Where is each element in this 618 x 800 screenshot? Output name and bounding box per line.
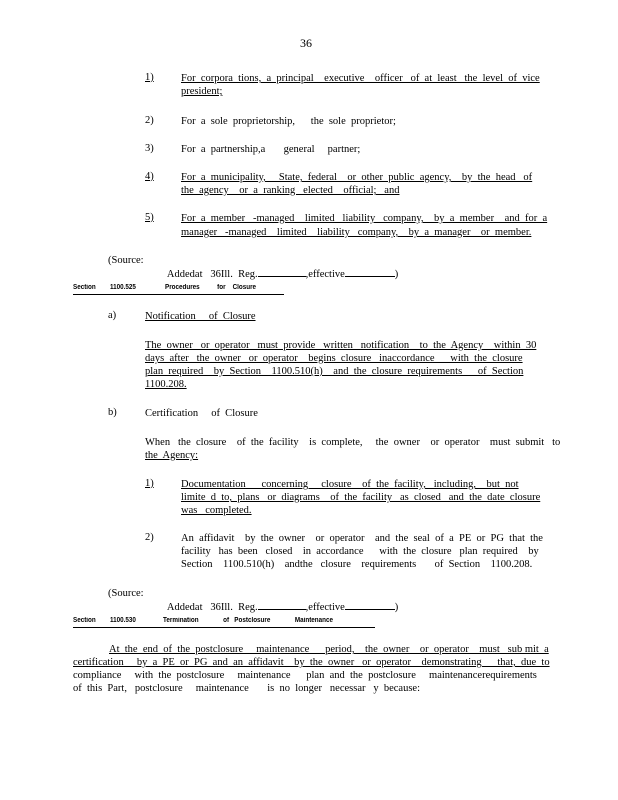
list-item-text: Documentation concerning closure of the … bbox=[181, 478, 519, 491]
paragraph-line: At the end of the postclosure maintenanc… bbox=[109, 643, 549, 656]
section-label: Section bbox=[73, 284, 96, 291]
subsection-marker: b) bbox=[108, 407, 117, 418]
source-close: ) bbox=[395, 602, 399, 613]
page-number: 36 bbox=[300, 36, 312, 51]
effective-date-blank bbox=[345, 266, 395, 277]
source-effective: ,effective bbox=[306, 269, 345, 280]
list-item-number: 1) bbox=[145, 478, 154, 489]
list-item-text: Section 1100.510(h) andthe closure requi… bbox=[181, 558, 532, 571]
source-close: ) bbox=[395, 269, 399, 280]
section-title: Procedures for Closure bbox=[165, 284, 256, 291]
list-item-number: 5) bbox=[145, 212, 154, 223]
paragraph-line: The owner or operator must provide writt… bbox=[145, 339, 536, 352]
source-citation: Addedat 36Ill. Reg. bbox=[167, 269, 258, 280]
paragraph-line: When the closure of the facility is comp… bbox=[145, 436, 560, 449]
source-effective: ,effective bbox=[306, 602, 345, 613]
list-item-number: 1) bbox=[145, 72, 154, 83]
subsection-heading: Notification of Closure bbox=[145, 310, 256, 323]
subsection-heading: Certification of Closure bbox=[145, 407, 258, 420]
section-number: 1100.530 bbox=[110, 617, 136, 624]
paragraph-line: plan required by Section 1100.510(h) and… bbox=[145, 365, 523, 378]
paragraph-line: the Agency: bbox=[145, 449, 198, 462]
section-label: Section bbox=[73, 617, 96, 624]
paragraph-line: of this Part, postclosure maintenance is… bbox=[73, 682, 420, 695]
section-number: 1100.525 bbox=[110, 284, 136, 291]
paragraph-line: certification by a PE or PG and an affid… bbox=[73, 656, 550, 669]
list-item-text: For corpora tions, a principal executive… bbox=[181, 72, 540, 85]
list-item-number: 2) bbox=[145, 115, 154, 126]
section-heading-rule bbox=[73, 294, 284, 295]
subsection-marker: a) bbox=[108, 310, 116, 321]
paragraph-line: 1100.208. bbox=[145, 378, 187, 391]
source-prefix: (Source: bbox=[108, 255, 144, 266]
paragraph-line: days after the owner or operator begins … bbox=[145, 352, 523, 365]
list-item-number: 4) bbox=[145, 171, 154, 182]
list-item-text: president; bbox=[181, 85, 222, 98]
list-item-text: the agency or a ranking elected official… bbox=[181, 184, 399, 197]
list-item-number: 3) bbox=[145, 143, 154, 154]
list-item-text: For a municipality, State, federal or ot… bbox=[181, 171, 532, 184]
section-title: Termination of Postclosure Maintenance bbox=[163, 617, 333, 624]
list-item-text: was completed. bbox=[181, 504, 252, 517]
paragraph-line: compliance with the postclosure maintena… bbox=[73, 669, 537, 682]
list-item-text: For a sole proprietorship, the sole prop… bbox=[181, 115, 396, 128]
register-blank bbox=[258, 266, 306, 277]
list-item-number: 2) bbox=[145, 532, 154, 543]
source-prefix: (Source: bbox=[108, 588, 144, 599]
list-item-text: limite d to, plans or diagrams of the fa… bbox=[181, 491, 540, 504]
list-item-text: For a member -managed limited liability … bbox=[181, 212, 547, 225]
source-citation: Addedat 36Ill. Reg. bbox=[167, 602, 258, 613]
effective-date-blank bbox=[345, 599, 395, 610]
list-item-text: manager -managed limited liability compa… bbox=[181, 226, 531, 239]
list-item-text: An affidavit by the owner or operator an… bbox=[181, 532, 543, 545]
register-blank bbox=[258, 599, 306, 610]
list-item-text: For a partnership,a general partner; bbox=[181, 143, 360, 156]
list-item-text: facility has been closed in accordance w… bbox=[181, 545, 539, 558]
section-heading-rule bbox=[73, 627, 375, 628]
